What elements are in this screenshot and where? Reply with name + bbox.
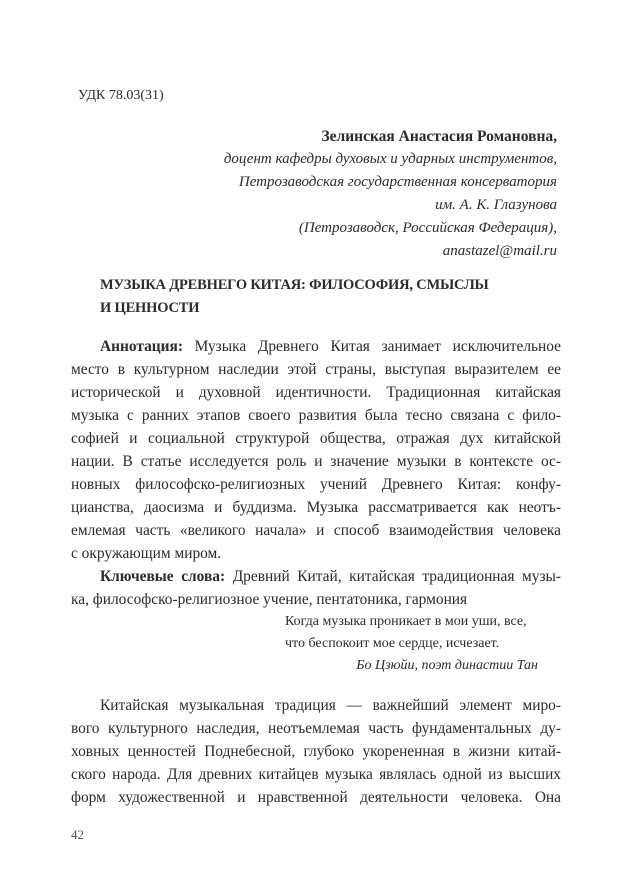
page-number: 42 — [71, 823, 84, 846]
abstract-line: нации. В статье исследуется роль и значе… — [71, 450, 561, 473]
body-line: Китайская музыкальная традиция — важнейш… — [100, 694, 561, 717]
abstract-line: софией и социальной структурой общества,… — [71, 427, 561, 450]
article-title-line: МУЗЫКА ДРЕВНЕГО КИТАЯ: ФИЛОСОФИЯ, СМЫСЛЫ — [100, 274, 489, 297]
author-email[interactable]: anastazel@mail.ru — [443, 240, 557, 263]
keywords-line: Ключевые слова: Древний Китай, китайская… — [100, 565, 561, 588]
abstract-label: Аннотация: — [100, 338, 183, 355]
abstract-line: емлемая часть «великого начала» и способ… — [71, 519, 561, 542]
abstract-line: исторической и духовной идентичности. Тр… — [71, 381, 561, 404]
author-affiliation-line: доцент кафедры духовых и ударных инструм… — [224, 148, 557, 171]
epigraph-line: Когда музыка проникает в мои уши, все, — [285, 610, 527, 633]
body-line: вого культурного наследия, неотъемлемая … — [71, 717, 561, 740]
abstract-line: место в культурном наследии этой страны,… — [71, 358, 561, 381]
epigraph-source: Бо Цзюйи, поэт династии Тан — [356, 654, 538, 677]
document-page: УДК 78.03(31) Зелинская Анастасия Романо… — [0, 0, 632, 881]
abstract-line: музыка с ранних этапов своего развития б… — [71, 404, 561, 427]
abstract-line: с окружающим миром. — [71, 542, 561, 565]
abstract-line: Аннотация: Музыка Древнего Китая занимае… — [100, 335, 561, 358]
udk-code: УДК 78.03(31) — [78, 84, 164, 107]
body-line: ского народа. Для древних китайцев музык… — [71, 763, 561, 786]
keywords-line: ка, философско-религиозное учение, пента… — [71, 588, 561, 611]
author-name: Зелинская Анастасия Романовна, — [321, 125, 557, 148]
abstract-line: цианства, даосизма и буддизма. Музыка ра… — [71, 496, 561, 519]
author-affiliation-line: Петрозаводская государственная консерват… — [239, 171, 557, 194]
author-affiliation-line: (Петрозаводск, Российская Федерация), — [299, 217, 557, 240]
article-title-line: И ЦЕННОСТИ — [100, 297, 199, 320]
body-line: ховных ценностей Поднебесной, глубоко ук… — [71, 740, 561, 763]
keywords-label: Ключевые слова: — [100, 568, 225, 585]
epigraph-line: что беспокоит мое сердце, исчезает. — [285, 632, 499, 655]
abstract-line: новных философско-религиозных учений Дре… — [71, 473, 561, 496]
body-line: форм художественной и нравственной деяте… — [71, 786, 561, 809]
author-affiliation-line: им. А. К. Глазунова — [435, 194, 557, 217]
